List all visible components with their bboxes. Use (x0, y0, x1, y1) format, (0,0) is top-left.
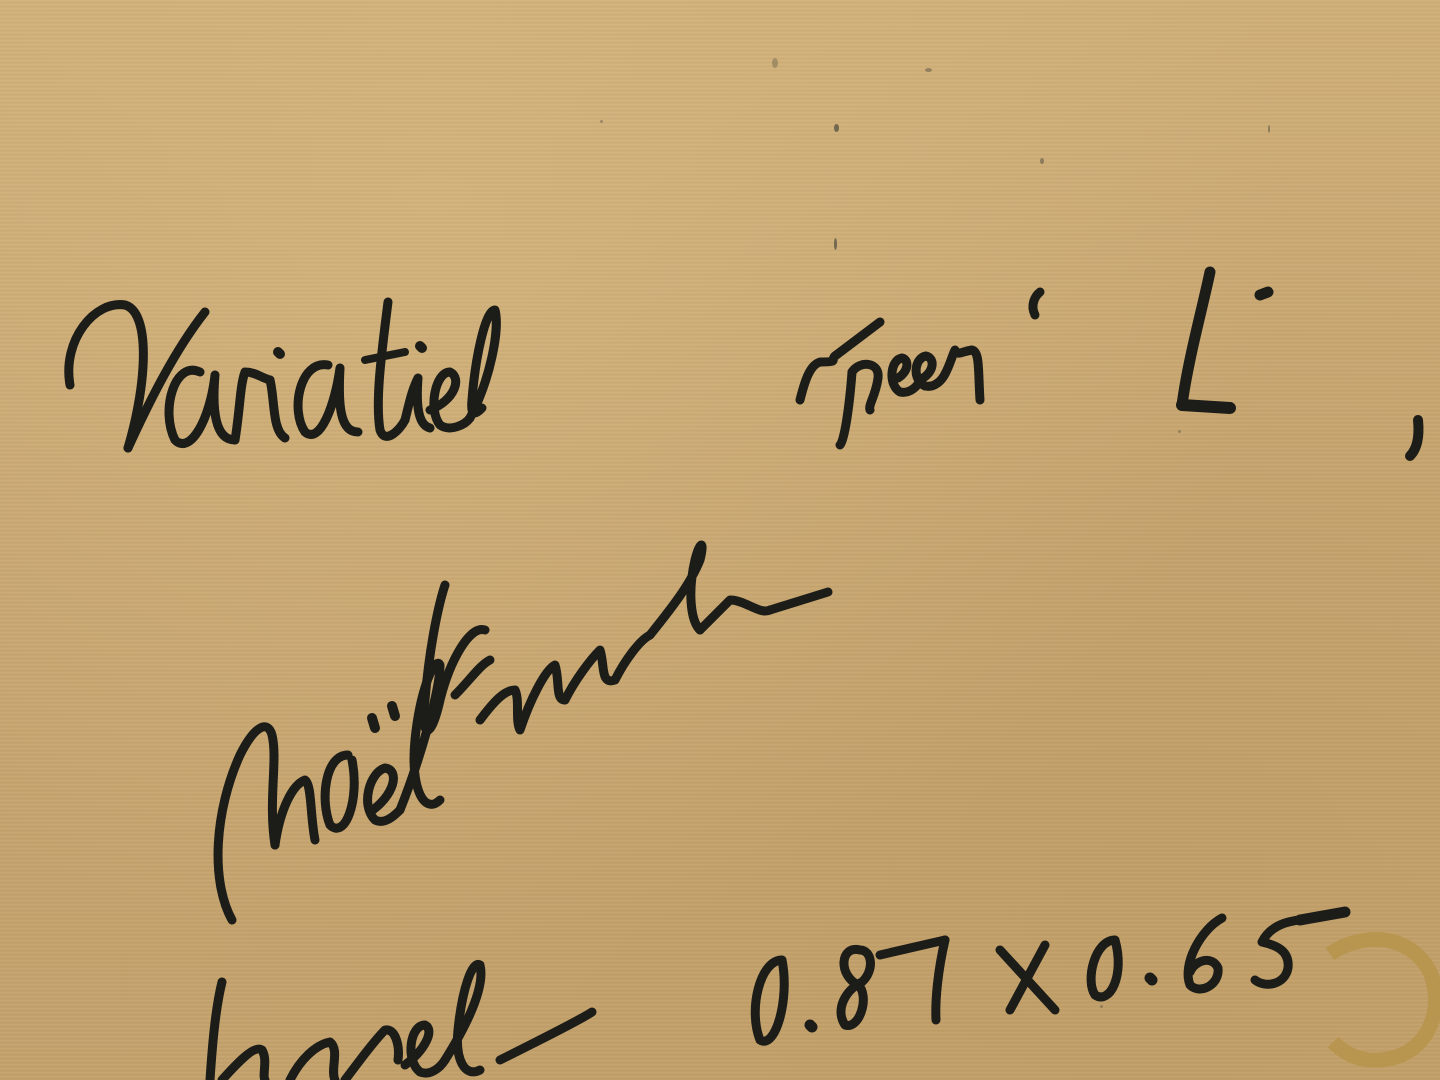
kraft-paper-photo: Variaties op een 'L', Noël Vermeulen pan… (0, 0, 1440, 1080)
gavel-in-d-logo-icon (1318, 912, 1440, 1080)
inscription-line-1 (69, 272, 1419, 456)
inscription-line-3 (210, 912, 1345, 1080)
handwriting (0, 0, 1440, 1080)
inscription-line-2 (218, 545, 828, 920)
